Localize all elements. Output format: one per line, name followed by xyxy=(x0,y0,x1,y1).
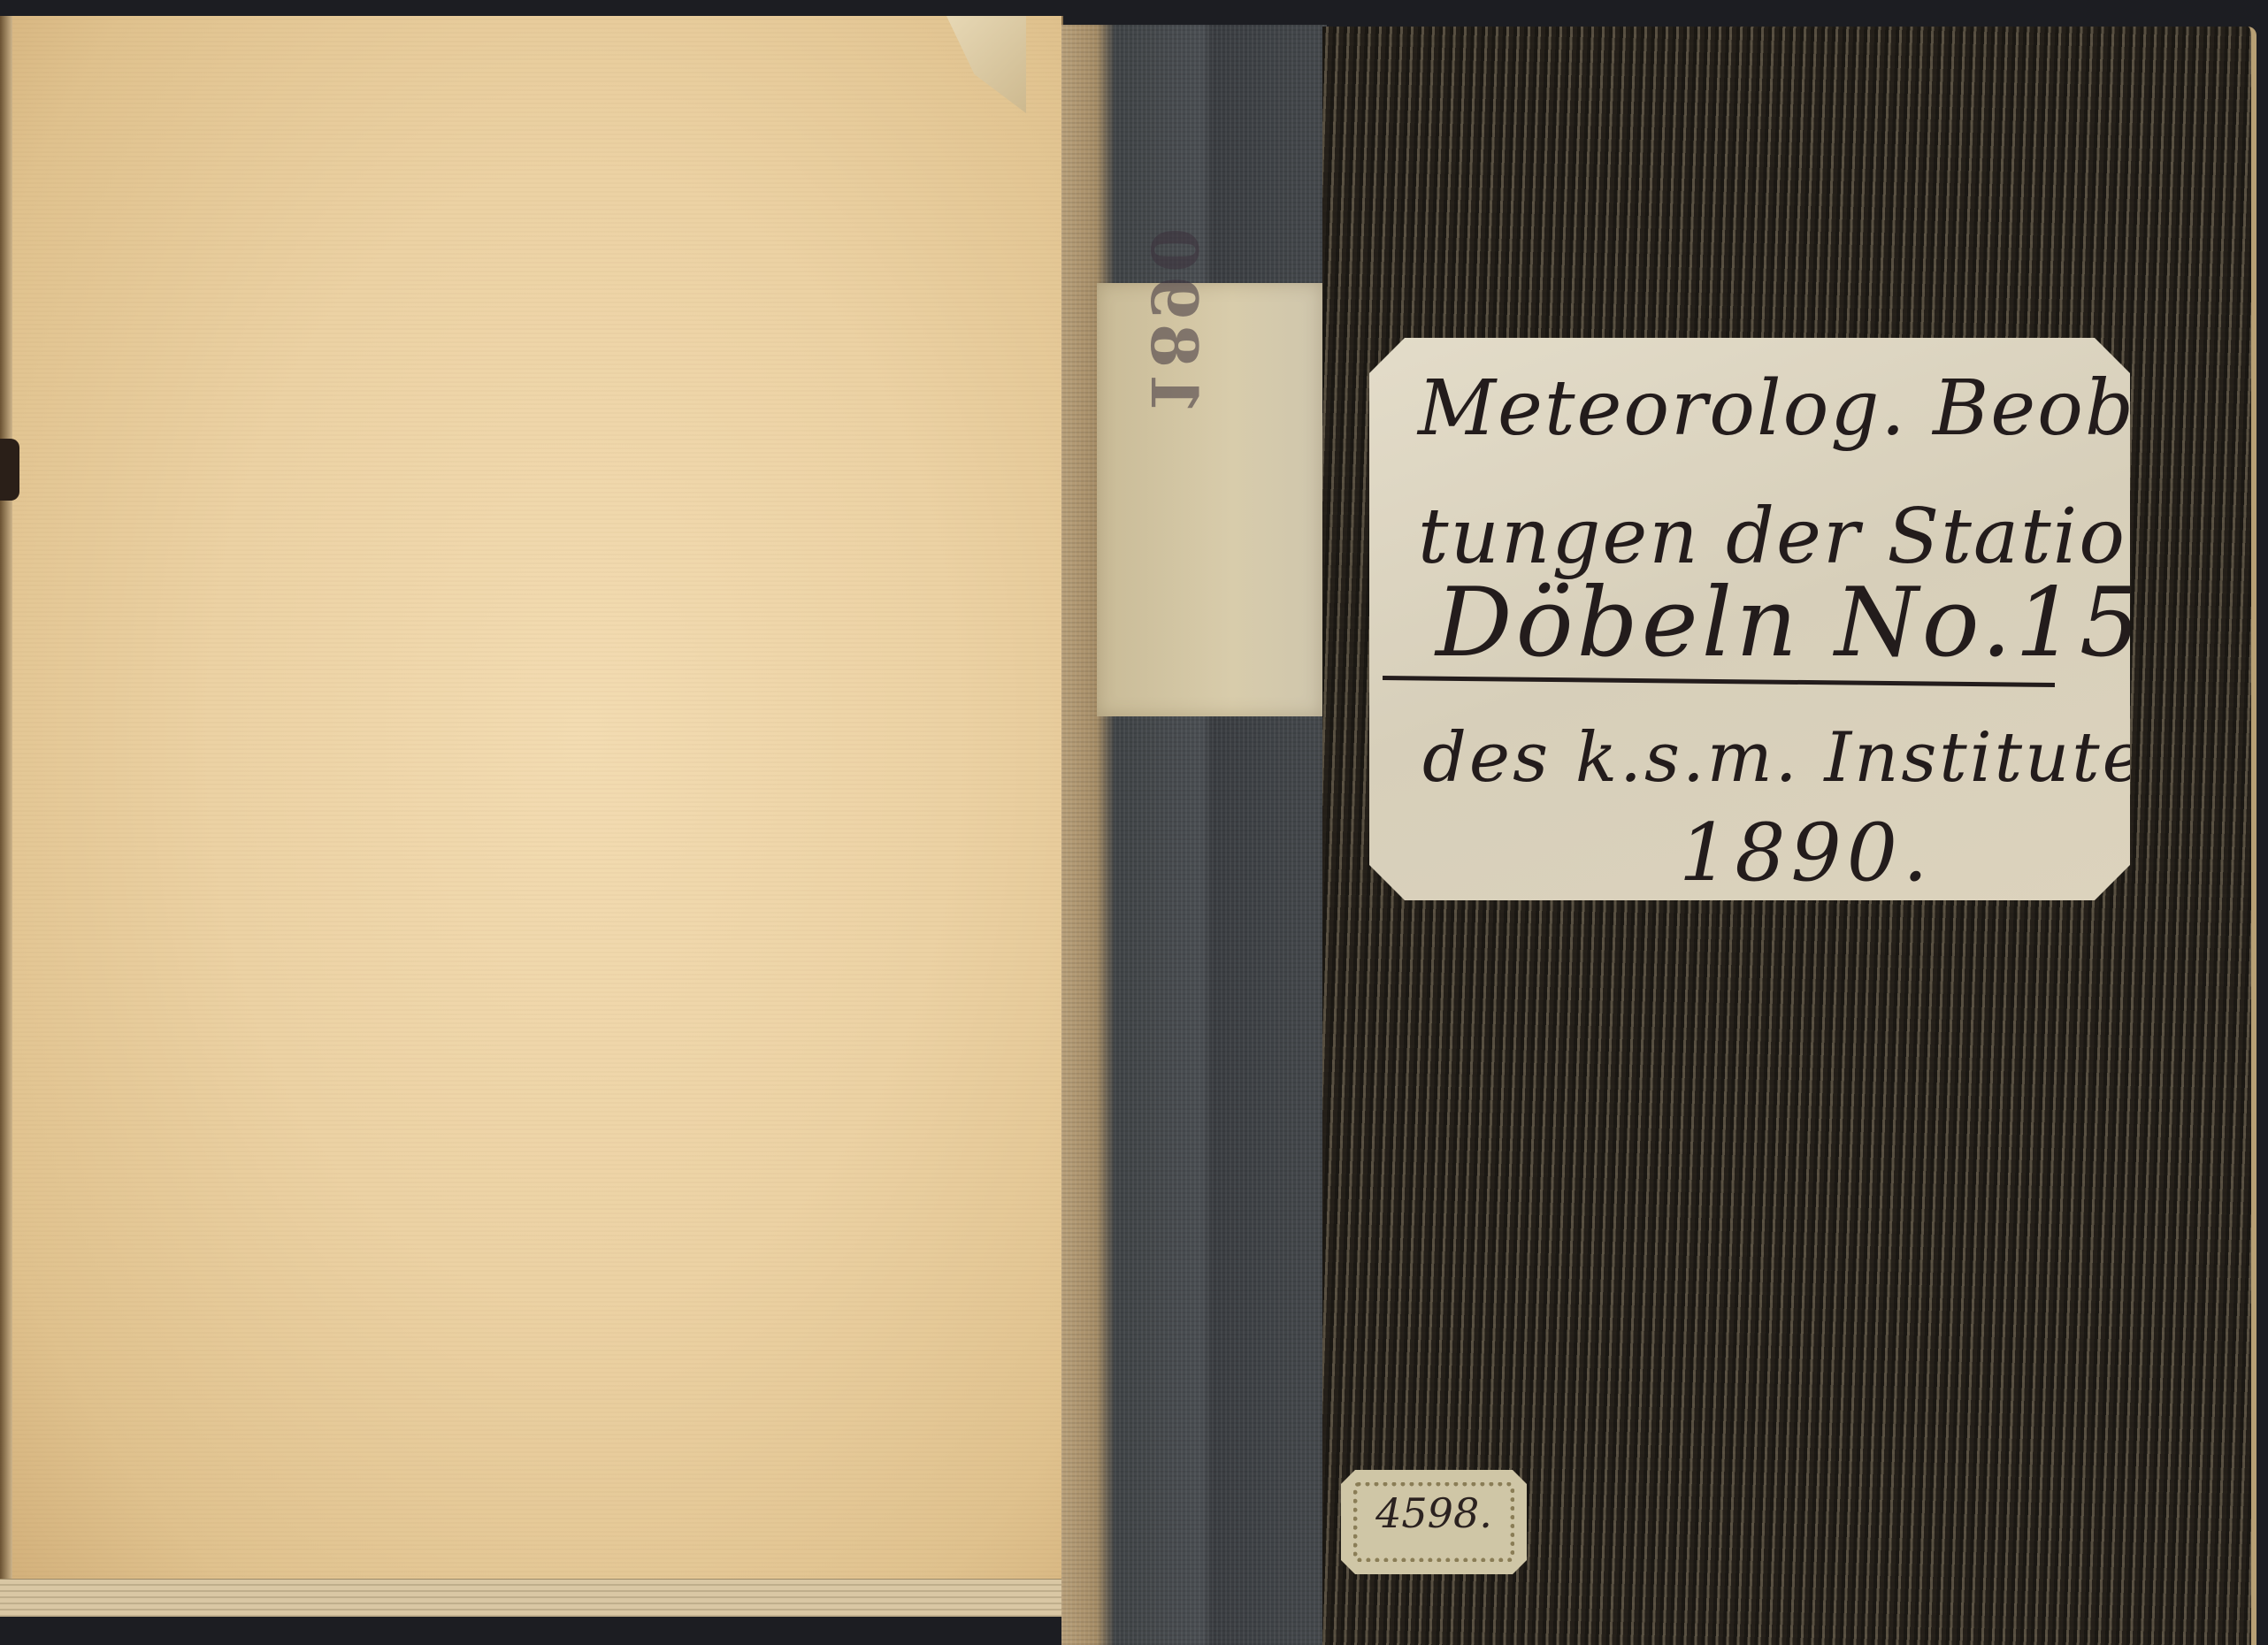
left-endpaper xyxy=(0,16,1063,1617)
shelf-number-label: 4598. xyxy=(1341,1470,1527,1574)
page-stack-edge xyxy=(0,1579,1061,1617)
cover-title-label: Meteorolog. Beobach- tungen der Station … xyxy=(1369,338,2130,900)
label-line-3: Döbeln No.15 xyxy=(1436,568,2196,678)
spine-tape-text: 1890 xyxy=(1137,301,1212,416)
endpaper-edge xyxy=(0,16,12,1617)
spine-paper-tape: 1890 xyxy=(1097,283,1322,716)
torn-corner xyxy=(946,16,1026,113)
label-line-4: des k.s.m. Institutes xyxy=(1422,718,2183,798)
binding-tab xyxy=(0,439,19,501)
label-line-1: Meteorolog. Beobach- xyxy=(1418,364,2179,453)
shelf-number: 4598. xyxy=(1341,1489,1527,1537)
